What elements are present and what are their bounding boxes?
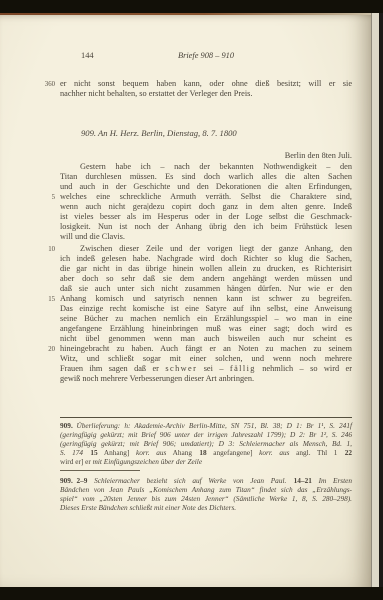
running-title: Briefe 908 – 910 <box>60 50 352 61</box>
apparatus-line: Dieses Erste Bändchen schließt mit einer… <box>60 503 352 512</box>
line-text: Zwischen dieser Zeile und der vorigen li… <box>60 244 352 254</box>
book-page-photo: 144 Briefe 908 – 910 360 er nicht sonst … <box>0 0 383 600</box>
text-line: gewiß noch mehrere Verbesserungen dieser… <box>60 374 352 384</box>
apparatus-explanatory: 909. 2–9 Schleiermacher bezieht sich auf… <box>60 476 352 512</box>
body-paragraph-1: Gestern habe ich – nach der bekannten No… <box>60 162 352 242</box>
text-line: angefangene Erzählung hineinbringen muß … <box>60 324 352 334</box>
text-line: nachher nicht behalten, so erstattet der… <box>60 89 352 99</box>
page-number: 144 <box>81 50 94 61</box>
text-line: die gar nicht in das übrige hinein wolle… <box>60 264 352 274</box>
text-line: Gestern habe ich – nach der bekannten No… <box>60 162 352 172</box>
line-text: wenn auch nicht gera|dezu copirt doch ga… <box>60 202 352 212</box>
text-line: Frauen ihm sagen daß er schwer sei – fäl… <box>60 364 352 374</box>
line-text: Gestern habe ich – nach der bekannten No… <box>60 162 352 172</box>
margin-line-number: 360 <box>33 80 55 89</box>
margin-line-number: 15 <box>33 295 55 304</box>
line-text: ist vieles besser als im Hesperus oder i… <box>60 212 352 222</box>
page-header: 144 Briefe 908 – 910 <box>60 50 352 61</box>
text-line: 15 Anhang komisch und satyrisch nennen k… <box>60 294 352 304</box>
apparatus-line: Bändchen von Jean Pauls „Komischem Anhan… <box>60 485 352 494</box>
apparatus-line: 909. Überlieferung: h: Akademie-Archiv B… <box>60 421 352 430</box>
apparatus-separator-rule <box>60 470 140 471</box>
line-text: daß sie auch unter sich nicht zusammen h… <box>60 284 352 294</box>
text-line: aber doch so sehr daß sie dem andern ang… <box>60 274 352 284</box>
line-text: aber doch so sehr daß sie dem andern ang… <box>60 274 352 284</box>
line-text: nicht übel genommen wenn man auch biswei… <box>60 334 352 344</box>
line-text: ich indeß gelesen habe. Nachgrade wird d… <box>60 254 352 264</box>
text-line: Titan durchlesen müssen. Es sind doch wa… <box>60 172 352 182</box>
text-line: wenn auch nicht gera|dezu copirt doch ga… <box>60 202 352 212</box>
margin-line-number: 10 <box>33 245 55 254</box>
apparatus-line: wird er] er mit Einfügungszeichen über d… <box>60 457 352 466</box>
line-text: angefangene Erzählung hineinbringen muß … <box>60 324 352 334</box>
body-paragraph-2: 10 Zwischen dieser Zeile und der vorigen… <box>60 244 352 384</box>
text-line: 360 er nicht sonst bequem haben kann, od… <box>60 79 352 89</box>
line-text: gewiß noch mehrere Verbesserungen dieser… <box>60 374 352 384</box>
line-text: er nicht sonst bequem haben kann, oder o… <box>60 79 352 89</box>
book-cover-edge <box>379 0 383 600</box>
previous-letter-end: 360 er nicht sonst bequem haben kann, od… <box>60 79 352 99</box>
text-line: 5 welches eine schreckliche Armuth verrä… <box>60 192 352 202</box>
line-text: spiel“ vom „20sten Jenner bis zum 24sten… <box>60 494 352 503</box>
line-text: nachher nicht behalten, so erstattet der… <box>60 89 352 99</box>
letter-dateline: Berlin den 8ten Juli. <box>60 151 352 161</box>
line-text: Frauen ihm sagen daß er schwer sei – fäl… <box>60 364 352 374</box>
text-line: und auch in der Geschichte und den Dekor… <box>60 182 352 192</box>
apparatus-rule <box>60 417 352 418</box>
line-text: Titan durchlesen müssen. Es sind doch wa… <box>60 172 352 182</box>
line-text: Das einzige recht komische ist eine Saty… <box>60 304 352 314</box>
line-text: seine Bücher zu machen nemlich ein Erzäh… <box>60 314 352 324</box>
text-line: ich indeß gelesen habe. Nachgrade wird d… <box>60 254 352 264</box>
line-text: Anhang komisch und satyrisch nennen kann… <box>60 294 352 304</box>
line-text: 909. 2–9 Schleiermacher bezieht sich auf… <box>60 476 352 485</box>
line-text: hineingebracht zu haben. Auch fängt er a… <box>60 344 352 354</box>
line-text: Bändchen von Jean Pauls „Komischem Anhan… <box>60 485 352 494</box>
line-text: wird er] er mit Einfügungszeichen über d… <box>60 457 352 466</box>
text-line: seine Bücher zu machen nemlich ein Erzäh… <box>60 314 352 324</box>
line-text: welches eine schreckliche Armuth verräth… <box>60 192 352 202</box>
line-text: 909. Überlieferung: h: Akademie-Archiv B… <box>60 421 352 430</box>
line-text: (geringfügig gekürzt; mit Brief 906 unte… <box>60 430 352 439</box>
text-line: Witz, und schließt sogar mit einer solch… <box>60 354 352 364</box>
apparatus-line: S. 174 15 Anhang] korr. aus Ahang 18 ang… <box>60 448 352 457</box>
line-text: Dieses Erste Bändchen schließt mit einer… <box>60 503 352 512</box>
letter-heading: 909. An H. Herz. Berlin, Dienstag, 8. 7.… <box>60 128 352 139</box>
text-line: 10 Zwischen dieser Zeile und der vorigen… <box>60 244 352 254</box>
top-border <box>0 0 383 13</box>
line-text: losigkeit. Nun ist noch der Anhang übrig… <box>60 222 352 232</box>
line-text: (geringfügig gekürzt; mit Brief 906; umd… <box>60 439 352 448</box>
apparatus-line: 909. 2–9 Schleiermacher bezieht sich auf… <box>60 476 352 485</box>
page-top-edge <box>0 13 371 15</box>
line-text: S. 174 15 Anhang] korr. aus Ahang 18 ang… <box>60 448 352 457</box>
line-text: und auch in der Geschichte und den Dekor… <box>60 182 352 192</box>
text-line: Das einzige recht komische ist eine Saty… <box>60 304 352 314</box>
line-text: die gar nicht in das übrige hinein wolle… <box>60 264 352 274</box>
margin-line-number: 5 <box>33 193 55 202</box>
text-line: 20 hineingebracht zu haben. Auch fängt e… <box>60 344 352 354</box>
bottom-border <box>0 587 383 600</box>
margin-line-number: 20 <box>33 345 55 354</box>
apparatus-line: (geringfügig gekürzt; mit Brief 906; umd… <box>60 439 352 448</box>
text-line: will und die Clavis. <box>60 232 352 242</box>
line-text: will und die Clavis. <box>60 232 352 242</box>
apparatus-line: (geringfügig gekürzt; mit Brief 906 unte… <box>60 430 352 439</box>
line-text: Witz, und schließt sogar mit einer solch… <box>60 354 352 364</box>
text-line: losigkeit. Nun ist noch der Anhang übrig… <box>60 222 352 232</box>
text-line: ist vieles besser als im Hesperus oder i… <box>60 212 352 222</box>
apparatus-textual: 909. Überlieferung: h: Akademie-Archiv B… <box>60 421 352 466</box>
text-line: daß sie auch unter sich nicht zusammen h… <box>60 284 352 294</box>
text-line: nicht übel genommen wenn man auch biswei… <box>60 334 352 344</box>
apparatus-line: spiel“ vom „20sten Jenner bis zum 24sten… <box>60 494 352 503</box>
